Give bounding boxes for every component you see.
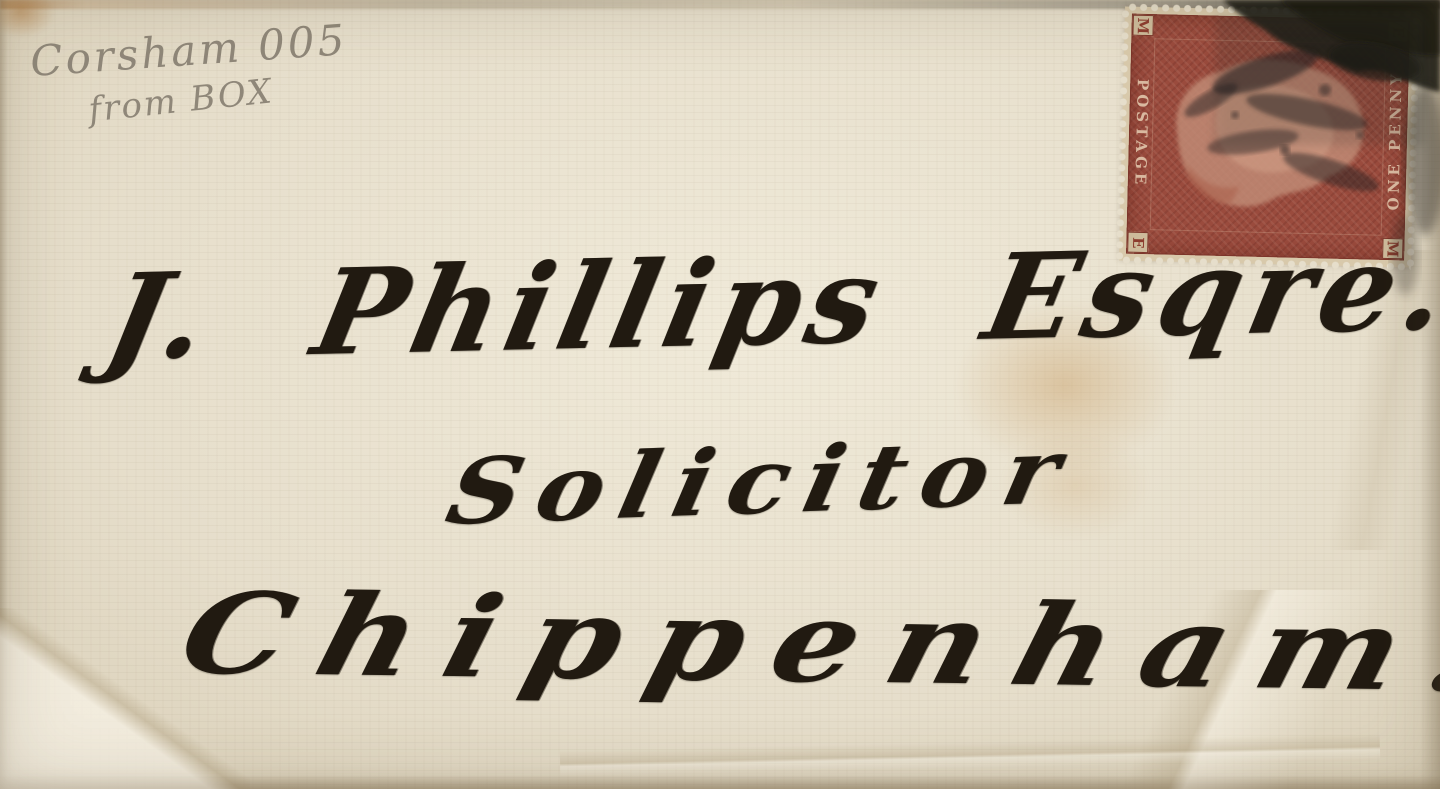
pencil-annotation: Corsham 005 from BOX bbox=[30, 26, 347, 117]
address-line-2: Solicitor bbox=[438, 417, 1085, 546]
envelope-scan: Corsham 005 from BOX POSTAGE ONE PENNY bbox=[0, 0, 1440, 789]
address-line-3: Chippenham. bbox=[168, 568, 1440, 717]
